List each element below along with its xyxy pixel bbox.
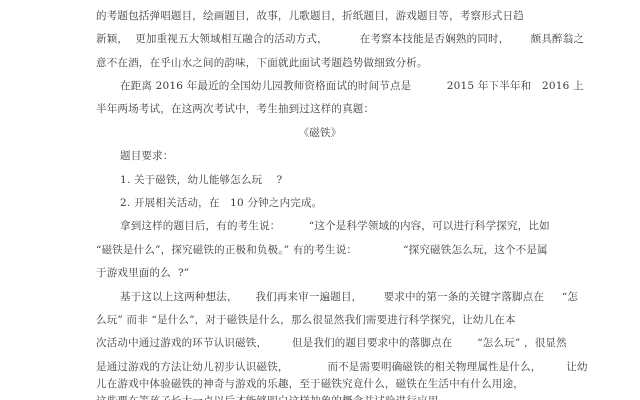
paragraph-line: 次活动中通过游戏的环节认识磁铁， 但是我们的题目要求中的落脚点在 “怎么玩” ，…: [96, 336, 567, 350]
paragraph-line: 儿在游戏中体验磁铁的神奇与游戏的乐趣，至于磁铁究竟什么，磁铁在生活中有什么用途，: [96, 377, 524, 391]
paragraph-line: 拿到这样的题目后，有的考生说： “这个是科学领域的内容，可以进行科学探究，比如: [120, 219, 550, 233]
paragraph-line: 意不在酒，在乎山水之间的韵味，下面就此面试考题趋势做细致分析。: [96, 56, 428, 70]
section-title: 《磁铁》: [0, 126, 640, 140]
paragraph-line: 新颖， 更加重视五大领域相互融合的活动方式， 在考察本技能是否娴熟的同时， 颇具…: [96, 32, 584, 46]
requirement-item: 2. 开展相关活动，在 10 分钟之内完成。: [120, 196, 322, 210]
requirements-heading: 题目要求：: [120, 149, 174, 163]
paragraph-line: 半年两场考试，在这两次考试中，考生抽到过这样的真题：: [96, 102, 374, 116]
paragraph-line: 于游戏里面的么 ?”: [96, 266, 189, 280]
paragraph-line: 的考题包括弹唱题目，绘画题目，故事，儿歌题目，折纸题目，游戏题目等，考察形式日趋: [96, 9, 524, 23]
paragraph-line: 基于这以上这两种想法， 我们再来审一遍题目， 要求中的第一条的关键字落脚点在 “…: [120, 290, 578, 304]
requirement-item: 1. 关于磁铁，幼儿能够怎么玩 ?: [120, 173, 282, 187]
paragraph-line: “磁铁是什么”，探究磁铁的正极和负极。” 有的考生说： “探究磁铁怎么玩，这个不…: [96, 243, 548, 257]
paragraph-line: 这些要在等孩子长大一点以后才能够明白这样抽象的概念并试验进行应用。: [96, 394, 449, 400]
paragraph-line: 么玩” 而非 “是什么”，对于磁铁是什么，那么很显然我们需要进行科学探究，让幼儿…: [96, 313, 516, 327]
paragraph-line: 是通过游戏的方法让幼儿初步认识磁铁， 而不是需要明确磁铁的相关物理属性是什么， …: [96, 360, 588, 374]
document-page: 的考题包括弹唱题目，绘画题目，故事，儿歌题目，折纸题目，游戏题目等，考察形式日趋…: [0, 0, 640, 400]
paragraph-line: 在距离 2016 年最近的全国幼儿园教师资格面试的时间节点是 2015 年下半年…: [120, 79, 584, 93]
